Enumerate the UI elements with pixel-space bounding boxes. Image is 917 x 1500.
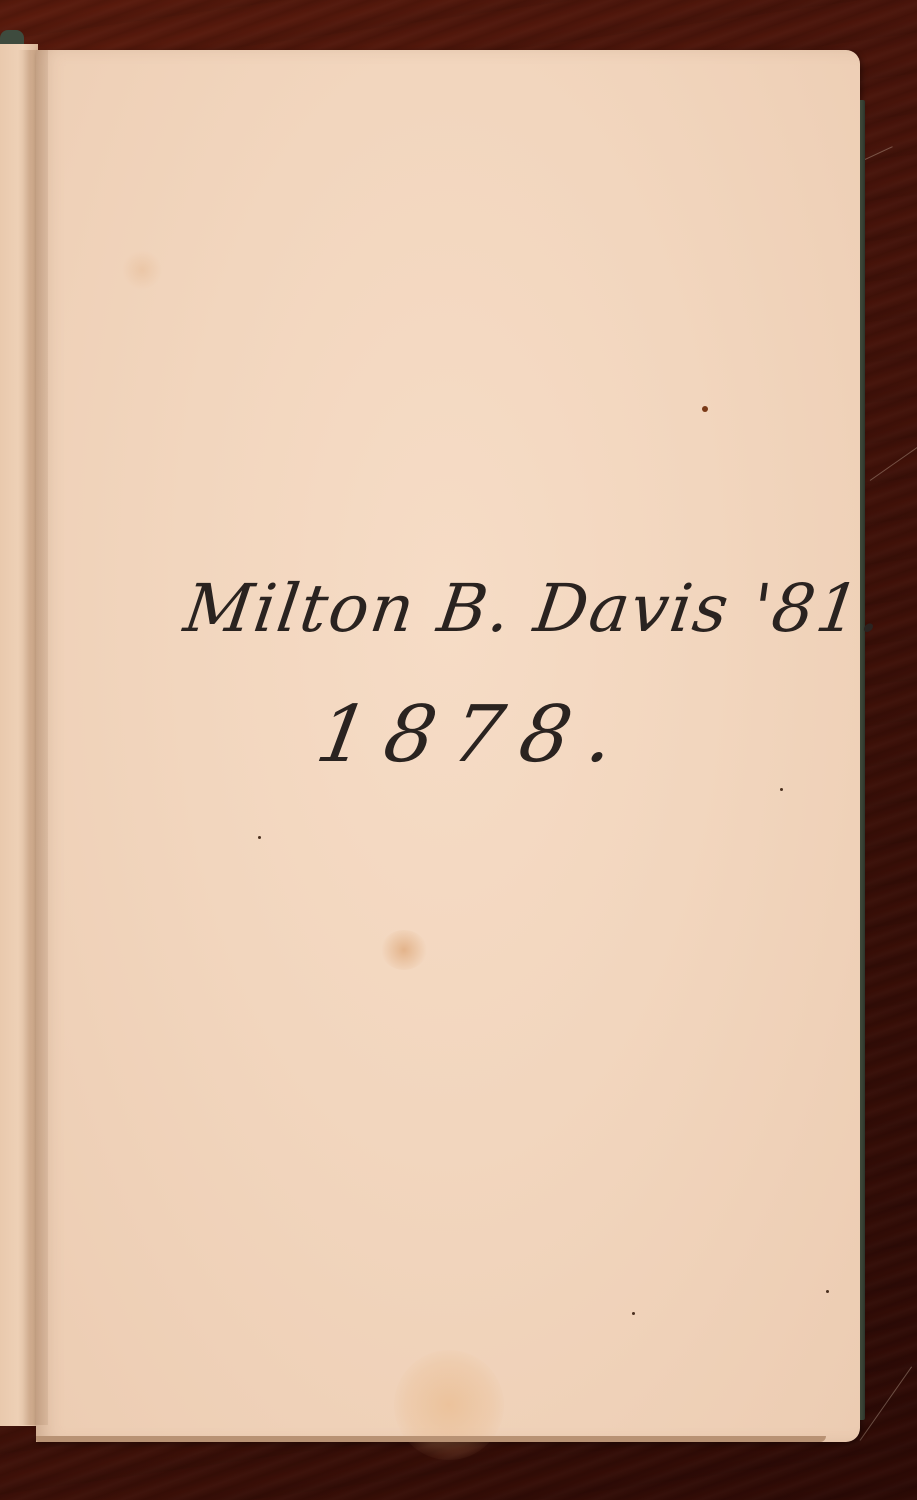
inscription-name: Milton B. Davis '81. xyxy=(180,570,791,647)
inscription-year: 1878. xyxy=(310,690,639,780)
book-gutter xyxy=(18,50,48,1425)
page-bottom-edge xyxy=(36,1436,826,1442)
table-scratch xyxy=(860,1366,912,1440)
foxing-stain xyxy=(394,1350,504,1460)
ink-speck xyxy=(702,406,708,412)
foxing-stain xyxy=(381,930,427,970)
ink-speck xyxy=(780,788,783,791)
table-scratch xyxy=(870,446,917,481)
foxing-stain xyxy=(122,250,162,290)
ink-speck xyxy=(826,1290,829,1293)
ink-speck xyxy=(632,1312,635,1315)
ink-speck xyxy=(258,836,261,839)
